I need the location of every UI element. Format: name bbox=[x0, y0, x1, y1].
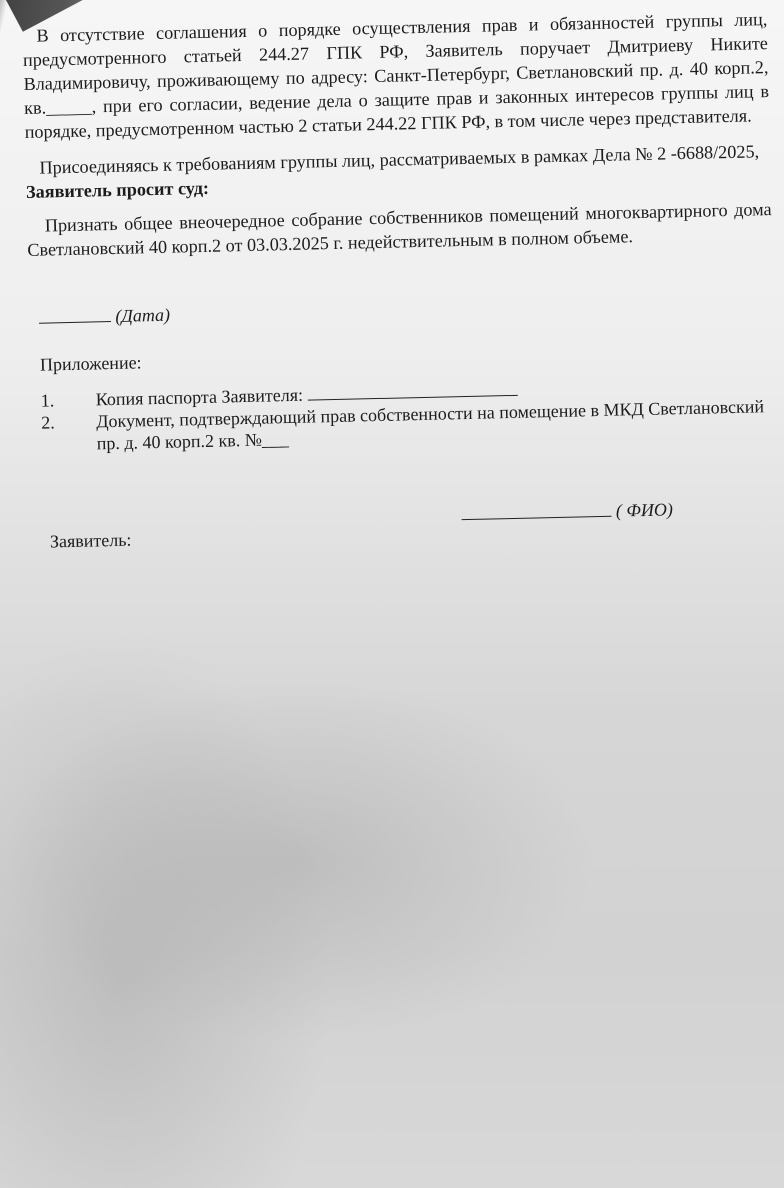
date-blank bbox=[39, 320, 111, 324]
paragraph-request: Признать общее внеочередное собрание соб… bbox=[27, 197, 773, 262]
paragraph-representative: В отсутствие соглашения о порядке осущес… bbox=[22, 7, 770, 144]
apartment-blank: _____ bbox=[46, 96, 92, 117]
scanned-document-page: В отсутствие соглашения о порядке осущес… bbox=[0, 0, 784, 1188]
passport-blank bbox=[308, 394, 518, 401]
signer-label: Заявитель: bbox=[50, 530, 132, 553]
date-line: (Дата) bbox=[39, 291, 774, 329]
list-item-number: 1. bbox=[41, 388, 96, 411]
document-body: В отсутствие соглашения о порядке осущес… bbox=[22, 0, 779, 554]
date-label: (Дата) bbox=[115, 305, 170, 326]
signature-block: Заявитель: ( ФИО) bbox=[33, 497, 779, 554]
list-item-number: 2. bbox=[41, 410, 97, 455]
attachments-title: Приложение: bbox=[40, 338, 775, 376]
attachments-list: 1. Копия паспорта Заявителя: 2. Документ… bbox=[41, 373, 777, 456]
fio-label: ( ФИО) bbox=[616, 499, 673, 520]
signature-blank bbox=[462, 515, 612, 520]
paper-edge-shadow bbox=[0, 0, 8, 200]
fio-line: ( ФИО) bbox=[461, 499, 673, 525]
